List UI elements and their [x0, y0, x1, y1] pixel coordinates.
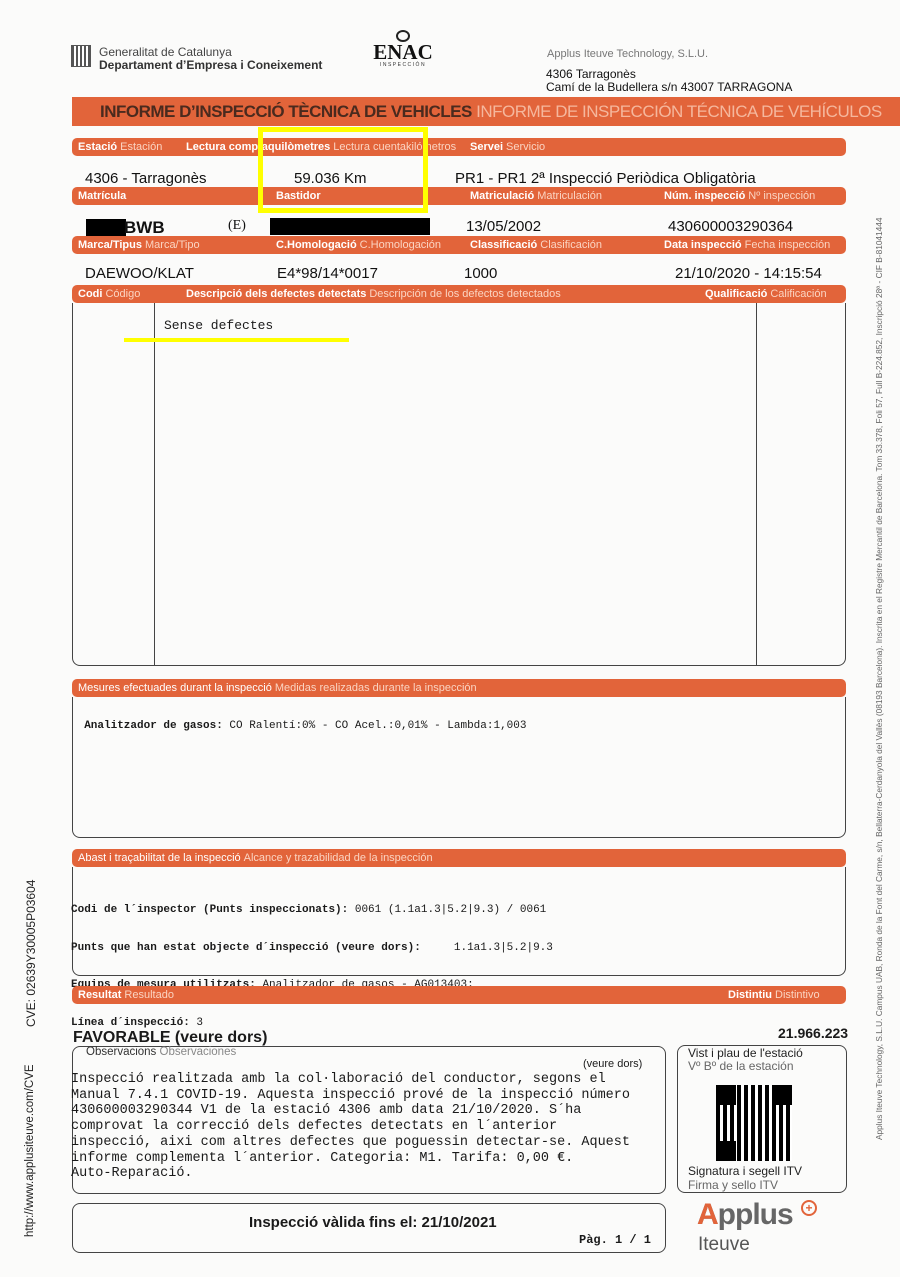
- label-defect-description: Descripció dels defectes detectatsDescri…: [186, 285, 561, 303]
- label-inspection-date: Data inspeccióFecha inspección: [664, 236, 830, 254]
- highlight-odometer: [258, 127, 428, 213]
- report-title: INFORME D’INSPECCIÓ TÈCNICA DE VEHICLES …: [100, 102, 882, 122]
- inspection-date-value: 21/10/2020 - 14:15:54: [675, 265, 822, 282]
- qr-code-icon: [716, 1085, 792, 1161]
- label-service: ServeiServicio: [470, 138, 545, 156]
- label-scope: Abast i traçabilitat de la inspeccióAlca…: [78, 849, 433, 867]
- scope-line-points: Punts que han estat objecte d´inspecció …: [71, 942, 553, 955]
- gov-name: Generalitat de Catalunya: [99, 45, 232, 59]
- inspection-no-value: 430600003290364: [668, 218, 793, 235]
- station-address: Camí de la Budellera s/n 43007 TARRAGONA: [546, 80, 792, 94]
- highlight-underline: [124, 338, 349, 342]
- label-registration: MatriculacióMatriculación: [470, 187, 602, 205]
- label-make-type: Marca/TipusMarca/Tipo: [78, 236, 200, 254]
- plate-value: BWB: [124, 218, 165, 238]
- badge-number: 21.966.223: [778, 1025, 848, 1041]
- homologation-value: E4*98/14*0017: [277, 265, 378, 282]
- label-homologation: C.HomologacióC.Homologación: [276, 236, 441, 254]
- redacted-plate-prefix: [86, 219, 126, 236]
- scope-line-inspector: Codi de l´inspector (Punts inspeccionats…: [71, 904, 553, 917]
- defect-description: Sense defectes: [164, 318, 273, 333]
- stamp-sign-es: Firma y sello ITV: [688, 1178, 778, 1192]
- gov-logo-icon: [71, 45, 91, 67]
- label-qualification: QualificacióCalificación: [705, 285, 827, 303]
- iteuve-logo: Iteuve: [698, 1234, 750, 1256]
- label-measurements: Mesures efectuades durant la inspeccióMe…: [78, 679, 477, 697]
- label-observations: Observacions Observaciones: [86, 1046, 236, 1058]
- company-name: Applus Iteuve Technology, S.L.U.: [547, 48, 708, 60]
- station-value: 4306 - Tarragonès: [85, 170, 206, 187]
- gas-analyzer-reading: Analitzador de gasos: CO Ralentí:0% - CO…: [71, 707, 526, 732]
- cve-url: http://www.applusiteuve.com/CVE: [24, 1064, 36, 1237]
- label-result: ResultatResultado: [78, 986, 174, 1004]
- stamp-sign-ca: Signatura i segell ITV: [688, 1164, 802, 1178]
- scope-lines: Codi de l´inspector (Punts inspeccionats…: [71, 879, 553, 1042]
- plus-icon: +: [801, 1200, 817, 1216]
- stamp-title-ca: Vist i plau de l'estació: [688, 1046, 803, 1060]
- enac-logo: ENAC INSPECCIÓN: [372, 30, 434, 68]
- classification-value: 1000: [464, 265, 497, 282]
- label-station: EstacióEstación: [78, 138, 162, 156]
- cve-code: CVE: 02639Y30005P03604: [24, 880, 38, 1027]
- station-name: 4306 Tarragonès: [546, 67, 636, 81]
- label-plate: Matrícula: [78, 187, 126, 205]
- defects-divider-code: [154, 303, 155, 666]
- applus-logo-a: A: [697, 1198, 719, 1232]
- plate-country: (E): [228, 218, 246, 234]
- label-inspection-no: Núm. inspeccióNº inspección: [664, 187, 815, 205]
- defects-divider-qualification: [756, 303, 757, 666]
- defects-table: [72, 303, 846, 666]
- label-code: CodiCódigo: [78, 285, 140, 303]
- page-number: Pàg. 1 / 1: [579, 1233, 651, 1247]
- registration-value: 13/05/2002: [466, 218, 541, 235]
- label-classification: ClassificacióClasificación: [470, 236, 602, 254]
- validity-text: Inspecció vàlida fins el: 21/10/2021: [249, 1214, 497, 1231]
- legal-notice: Applus Iteuve Technology, S.L.U. Campus …: [874, 217, 884, 1140]
- result-value: FAVORABLE (veure dors): [73, 1029, 267, 1047]
- service-value: PR1 - PR1 2ª Inspecció Periòdica Obligat…: [455, 170, 756, 187]
- redacted-chassis: [270, 218, 430, 235]
- observations-text: Inspecció realitzada amb la col·laboraci…: [71, 1072, 630, 1182]
- scope-line-lane: Línea d´inspecció: 3: [71, 1017, 553, 1030]
- make-type-value: DAEWOO/KLAT: [85, 265, 194, 282]
- observations-see-back: (veure dors): [583, 1058, 642, 1070]
- label-badge: DistintiuDistintivo: [728, 986, 820, 1004]
- stamp-title-es: Vº Bº de la estación: [688, 1059, 794, 1073]
- department-name: Departament d’Empresa i Coneixement: [99, 58, 322, 72]
